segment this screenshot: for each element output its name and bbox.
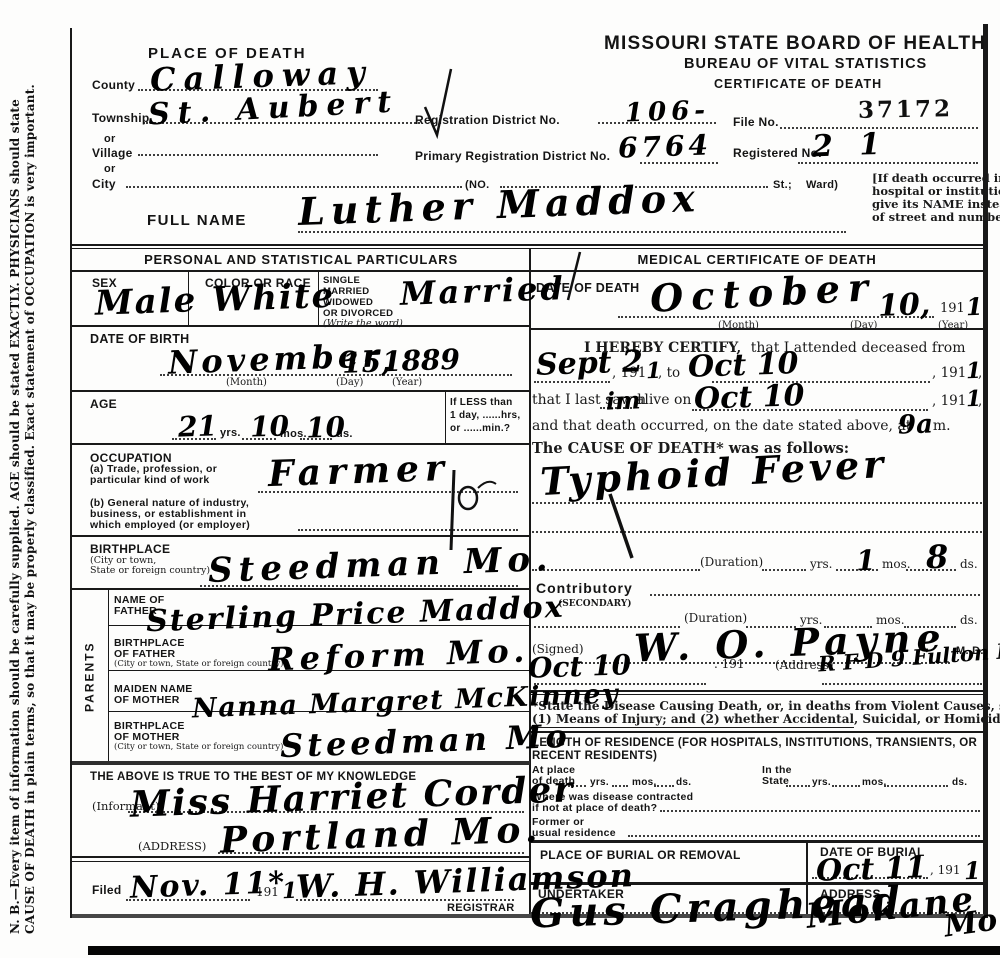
margin-note: N. B.—Every item of information should b… <box>8 29 38 934</box>
ifless-divider <box>445 390 446 445</box>
footnote-line2: (1) Means of Injury; and (2) whether Acc… <box>532 713 1000 727</box>
from-year-value: 1 <box>646 358 662 385</box>
marital-value: Married <box>399 269 566 313</box>
cause-stray-stroke <box>604 490 638 562</box>
contributory-line <box>650 593 980 596</box>
duration-months-value: 1 <box>855 544 876 578</box>
duration-label: (Duration) <box>700 556 763 570</box>
ward-label: Ward) <box>806 179 838 191</box>
bureau-title: BUREAU OF VITAL STATISTICS <box>684 56 927 72</box>
dob-row-rule <box>72 390 530 392</box>
personal-section-title: PERSONAL AND STATISTICAL PARTICULARS <box>72 253 530 268</box>
duration-days-value: 8 <box>925 538 949 577</box>
death-year-printed: 191 <box>940 302 965 317</box>
in-state-line-1 <box>786 784 810 787</box>
filed-label: Filed <box>92 884 122 897</box>
form-left-border <box>70 28 72 918</box>
duration-line-1 <box>532 568 700 571</box>
county-label: County <box>92 79 135 92</box>
sex-value: Male <box>94 280 198 324</box>
in-state-ds-label: ds. <box>952 777 967 788</box>
township-label: Township <box>92 112 150 125</box>
section-top-rule-a <box>72 244 984 246</box>
at-place-ds-label: ds. <box>676 777 691 788</box>
primary-registration-value: 6764 <box>617 128 712 164</box>
death-time-value: 9a <box>897 409 933 440</box>
secondary-label: (SECONDARY) <box>558 599 632 609</box>
alive-on-label: alive on <box>636 392 691 408</box>
age-years-value: 21 <box>177 409 217 443</box>
duration-ds-label: ds. <box>960 558 978 572</box>
in-state-line-2 <box>832 784 860 787</box>
ifless-line3: or ......min.? <box>450 423 510 434</box>
primary-registration-label: Primary Registration District No. <box>415 150 610 163</box>
in-state-mos-label: mos. <box>862 777 887 788</box>
at-place-yrs-label: yrs. <box>590 777 609 788</box>
to-year-value: 1 <box>966 358 982 385</box>
city-label: City <box>92 178 116 191</box>
signed-date-value: Oct 10 <box>527 648 631 685</box>
sex-row-rule <box>72 325 530 327</box>
board-title: MISSOURI STATE BOARD OF HEALTH <box>604 33 986 54</box>
last-saw-year-printed: , 191 <box>932 394 966 410</box>
death-certificate-scan: N. B.—Every item of information should b… <box>0 0 1000 958</box>
mother-birthplace-value: Steedman Mo <box>279 717 571 765</box>
section-top-rule-b <box>72 248 984 249</box>
or-label-1: or <box>104 133 116 145</box>
st-label: St.; <box>773 179 792 191</box>
in-state-label-line2: State <box>762 776 789 788</box>
age-months-value: 10 <box>249 409 289 443</box>
physician-address-line <box>822 682 982 685</box>
birthplace-row-rule <box>72 588 530 590</box>
death-month-sublabel: (Month) <box>718 320 759 332</box>
death-day-sublabel: (Day) <box>850 320 877 332</box>
file-no-label: File No. <box>733 116 779 129</box>
registrar-label: REGISTRAR <box>447 902 514 914</box>
in-state-line-3 <box>884 784 948 787</box>
duration-mos-label: mos. <box>882 558 911 572</box>
age-label: AGE <box>90 398 117 411</box>
parents-strip-divider <box>108 588 109 763</box>
death-year-sublabel: (Year) <box>938 320 968 332</box>
registered-no-label: Registered No. <box>733 147 822 160</box>
to-year-printed: , 191 <box>932 366 966 382</box>
ifless-line2: 1 day, ......hrs, <box>450 410 521 421</box>
death-year-value: 1 <box>965 292 983 322</box>
birthplace-sub-line2: State or foreign country) <box>90 566 210 577</box>
undertaker-address-state-value: Mo <box>942 902 1000 944</box>
footnote-bottom-rule <box>530 731 984 733</box>
full-name-value: Luther Maddox <box>297 175 701 234</box>
last-saw-year-value: 1 <box>966 386 982 413</box>
village-line <box>138 153 378 156</box>
occupation-a-line2: particular kind of work <box>90 475 210 487</box>
certificate-title: CERTIFICATE OF DEATH <box>714 77 882 91</box>
check-mark <box>415 65 460 140</box>
birth-year-value: 1889 <box>381 343 460 379</box>
mother-birthplace-sublabel: (City or town, State or foreign country) <box>114 743 283 753</box>
death-month-value: October <box>649 264 877 321</box>
duration-line-2 <box>762 568 806 571</box>
parents-vertical-label: PARENTS <box>83 612 96 742</box>
birth-year-sublabel: (Year) <box>392 377 422 389</box>
marital-label-line5: (Write the word) <box>323 319 403 330</box>
in-state-yrs-label: yrs. <box>812 777 831 788</box>
at-place-line-3 <box>654 784 674 787</box>
father-birthplace-value: Reform Mo. <box>267 631 529 678</box>
filed-date-value: Nov. 11* <box>129 865 286 905</box>
attended-from-value: Sept 2 <box>535 344 643 383</box>
file-no-value: 37172 <box>858 95 953 124</box>
registered-no-value: 2 1 <box>811 127 888 165</box>
residence-title-line1: LENGTH OF RESIDENCE (FOR HOSPITALS, INST… <box>532 737 977 750</box>
mother-name-label-line2: OF MOTHER <box>114 695 180 707</box>
residence-bottom-rule <box>530 840 984 843</box>
form-right-border <box>983 24 988 918</box>
hospital-note-line4: of street and number] <box>872 211 1000 224</box>
age-yrs-label: yrs. <box>220 427 241 439</box>
cause-line-1 <box>532 501 982 504</box>
full-name-label: FULL NAME <box>147 213 247 230</box>
disease-contracted-line <box>660 809 980 812</box>
duration-yrs-label: yrs. <box>810 558 833 572</box>
informant-address-label: (ADDRESS) <box>138 840 206 853</box>
margin-note-line1: N. B.—Every item of information should b… <box>8 29 23 934</box>
burial-divider <box>806 840 808 882</box>
former-residence-line <box>628 834 980 837</box>
father-birthplace-sublabel: (City or town, State or foreign country) <box>114 660 283 670</box>
occupation-b-line3: which employed (or employer) <box>90 520 250 532</box>
contrib-ds-label: ds. <box>960 614 978 628</box>
him-value: im <box>606 385 642 415</box>
color-race-value: White <box>211 276 335 320</box>
margin-note-line2: CAUSE OF DEATH in plain terms, so that i… <box>23 29 38 934</box>
footnote-underline <box>532 727 854 728</box>
occupation-a-value: Farmer <box>267 447 450 495</box>
death-day-value: 10, <box>877 287 930 324</box>
scan-bottom-bar <box>88 946 1000 955</box>
village-label: Village <box>92 147 133 160</box>
death-occurred-label: and that death occurred, on the date sta… <box>532 418 911 434</box>
medical-section-title: MEDICAL CERTIFICATE OF DEATH <box>530 253 984 268</box>
or-label-2: or <box>104 163 116 175</box>
registration-district-value: 106- <box>625 96 711 129</box>
ifless-line1: If LESS than <box>450 397 513 408</box>
age-row-rule <box>72 443 530 445</box>
at-place-mos-label: mos. <box>632 777 657 788</box>
at-place-line-2 <box>612 784 628 787</box>
last-saw-value: Oct 10 <box>693 378 805 417</box>
age-days-value: 10 <box>305 410 345 444</box>
former-residence-line2: usual residence <box>532 828 616 840</box>
cause-line-2 <box>532 530 982 533</box>
burial-year-printed: , 191 <box>930 864 961 878</box>
